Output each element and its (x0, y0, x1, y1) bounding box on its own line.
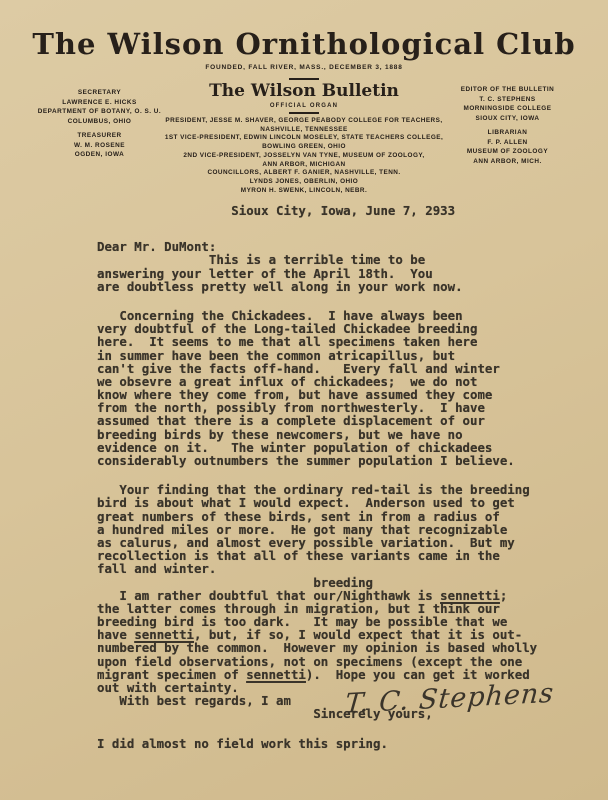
letter-line: bird is about what I would expect. Ander… (97, 496, 567, 509)
letter-line: I am rather doubtful that our/Nighthawk … (97, 589, 567, 602)
club-name-title: The Wilson Ornithological Club (0, 27, 608, 61)
divider-rule-top (289, 78, 319, 80)
officer-detail: T. C. STEPHENS (430, 95, 585, 105)
officer-role: EDITOR OF THE BULLETIN (430, 85, 585, 95)
letter-line: in summer have been the common atricapil… (97, 349, 567, 362)
center-officer-line: MYRON H. SWENK, LINCOLN, NEBR. (120, 187, 488, 196)
letter-line: fall and winter. (97, 562, 567, 575)
officer-detail: DEPARTMENT OF BOTANY, O. S. U. (22, 107, 177, 117)
letter-lines: Sioux City, Iowa, June 7, 2933Dear Mr. D… (97, 204, 567, 750)
dateline: Sioux City, Iowa, June 7, 2933 (97, 204, 567, 217)
scanned-letter-page: The Wilson Ornithological Club FOUNDED, … (0, 0, 608, 800)
right-officers-column: EDITOR OF THE BULLETINT. C. STEPHENSMORN… (430, 85, 585, 171)
letter-line: great numbers of these birds, sent in fr… (97, 510, 567, 523)
officer-detail: LAWRENCE E. HICKS (22, 98, 177, 108)
officer-detail: SIOUX CITY, IOWA (430, 114, 585, 124)
divider-rule-bottom (289, 112, 319, 114)
officer-role: LIBRARIAN (430, 128, 585, 138)
line-spacer (97, 217, 98, 240)
letter-line: can't give the facts off-hand. Every fal… (97, 362, 567, 375)
officer-role: SECRETARY (22, 88, 177, 98)
letter-line: answering your letter of the April 18th.… (97, 267, 567, 280)
letter-line: This is a terrible time to be (97, 253, 567, 266)
officer-detail: F. P. ALLEN (430, 138, 585, 148)
founded-line: FOUNDED, FALL RIVER, MASS., DECEMBER 3, … (0, 64, 608, 71)
officer-detail: ANN ARBOR, MICH. (430, 157, 585, 167)
officer-block: EDITOR OF THE BULLETINT. C. STEPHENSMORN… (430, 85, 585, 123)
letter-line: here. It seems to me that all specimens … (97, 335, 567, 348)
officer-detail: MORNINGSIDE COLLEGE (430, 104, 585, 114)
letter-line: a hundred miles or more. He got many tha… (97, 523, 567, 536)
letter-line: numbered by the common. However my opini… (97, 641, 567, 654)
underlined-term: sennetti (246, 667, 306, 682)
officer-detail: MUSEUM OF ZOOLOGY (430, 147, 585, 157)
postscript: I did almost no field work this spring. (97, 737, 567, 750)
line-spacer (97, 293, 98, 309)
officer-block: LIBRARIANF. P. ALLENMUSEUM OF ZOOLOGYANN… (430, 128, 585, 166)
letter-line: assumed that there is a complete displac… (97, 414, 567, 427)
letter-line: are doubtless pretty well along in your … (97, 280, 567, 293)
letter-line: considerably outnumbers the summer popul… (97, 454, 567, 467)
line-spacer (97, 467, 98, 483)
line-spacer (97, 721, 98, 737)
center-officer-line: LYNDS JONES, OBERLIN, OHIO (120, 178, 488, 187)
letter-line: breeding birds by these newcomers, but w… (97, 428, 567, 441)
letter-line: upon field observations, not on specimen… (97, 655, 567, 668)
